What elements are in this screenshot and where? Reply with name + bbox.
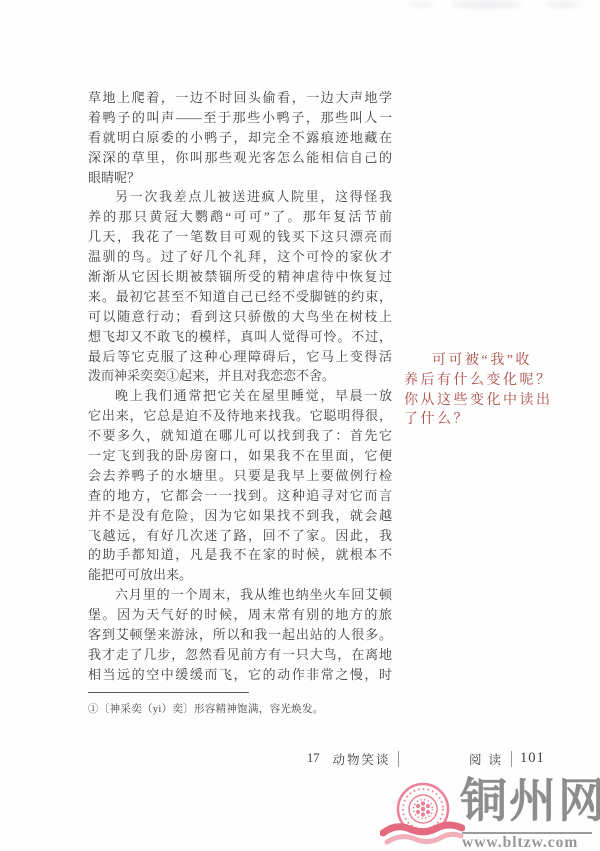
text-line: 不要多久，就知道在哪儿可以找到我了：首先它 — [88, 426, 392, 446]
text-line: 相当远的空中缓缓而飞，它的动作非常之慢，时 — [88, 665, 392, 685]
watermark-site-name: 铜州网 — [460, 775, 600, 829]
text-line: 最后等它克服了这种心理障碍后，它马上变得活 — [88, 347, 392, 367]
text-line: 深深的草里，你叫那些观光客怎么能相信自己的 — [88, 148, 392, 168]
margin-note: 可可被“我”收 养后有什么变化呢？ 你从这些变化中读出 了什么？ — [404, 351, 576, 430]
text-line: 堡。因为天气好的时候，周末常有别的地方的旅 — [88, 605, 392, 625]
lesson-title: 动物笑谈 — [333, 750, 391, 768]
text-line: 可以随意行动；看到这只骄傲的大鸟坐在树枝上 — [88, 307, 392, 327]
section-label: 阅读 — [469, 750, 508, 768]
text-line: 草地上爬着，一边不时回头偷看，一边大声地学 — [88, 88, 392, 108]
watermark-site-url: www.bltzw.com — [462, 834, 578, 851]
text-line: 泼而神采奕奕①起来，并且对我恋恋不舍。 — [88, 366, 392, 386]
text-line: 养的那只黄冠大鹦鹉“可可”了。那年复活节前 — [88, 207, 392, 227]
text-line: 想飞却又不敢飞的模样，真叫人觉得可怜。不过， — [88, 327, 392, 347]
scan-artifact — [408, 2, 434, 7]
text-line: 客到艾顿堡来游泳，所以和我一起出站的人很多。 — [88, 625, 392, 645]
text-line: 晚上我们通常把它关在屋里睡觉，早晨一放 — [88, 386, 392, 406]
footnote-divider — [88, 692, 249, 693]
page-number: 101 — [520, 750, 545, 767]
footer-lesson: 17 动物笑谈 — [307, 750, 399, 767]
text-line: 六月里的一个周末，我从维也纳坐火车回艾顿 — [88, 585, 392, 605]
margin-note-line: 了什么？ — [404, 410, 576, 430]
footer-divider-bar — [398, 751, 399, 767]
text-line: 并不是没有危险，因为它如果找不到我，就会越 — [88, 506, 392, 526]
text-line: 查的地方，它都会一一找到。这种追寻对它而言 — [88, 486, 392, 506]
text-line: 看就明白原委的小鸭子，却完全不露痕迹地藏在 — [88, 128, 392, 148]
text-line: 它出来，它总是迫不及待地来找我。它聪明得很， — [88, 406, 392, 426]
text-line: 会去养鸭子的水塘里。只要是我早上要做例行检 — [88, 466, 392, 486]
text-line: 能把可可放出来。 — [88, 565, 392, 585]
text-line: 眼睛呢？ — [88, 168, 392, 188]
lesson-number: 17 — [307, 751, 320, 766]
text-line: 飞越远，有好几次迷了路，回不了家。因此，我 — [88, 526, 392, 546]
text-line: 渐渐从它因长期被禁锢所受的精神虐待中恢复过 — [88, 267, 392, 287]
text-line: 几天，我花了一笔数目可观的钱买下这只漂亮而 — [88, 227, 392, 247]
scan-artifact — [545, 1, 579, 8]
text-line: 温驯的鸟。过了好几个礼拜，这个可怜的家伙才 — [88, 247, 392, 267]
text-line: 的助手都知道，凡是我不在家的时候，就根本不 — [88, 545, 392, 565]
text-line: 着鸭子的叫声——至于那些小鸭子，那些叫人一 — [88, 108, 392, 128]
footer-divider-bar — [511, 751, 512, 767]
margin-note-line: 养后有什么变化呢？ — [404, 371, 576, 391]
main-text-column: 草地上爬着，一边不时回头偷看，一边大声地学 着鸭子的叫声——至于那些小鸭子，那些… — [88, 88, 392, 685]
margin-note-line: 你从这些变化中读出 — [404, 391, 576, 411]
margin-note-line: 可可被“我”收 — [404, 351, 576, 371]
text-line: 另一次我差点儿被送进疯人院里，这得怪我 — [88, 187, 392, 207]
text-line: 来。最初它甚至不知道自己已经不受脚链的约束， — [88, 287, 392, 307]
textbook-page: { "article": { "lines": [ "草地上爬着，一边不时回头偷… — [0, 0, 600, 851]
watermark: 铜州网 www.bltzw.com — [380, 777, 600, 851]
text-line: 我才走了几步，忽然看见前方有一只大鸟，在离地 — [88, 645, 392, 665]
coin-seal-icon — [380, 777, 465, 851]
text-line: 一定飞到我的卧房窗口，如果我不在里面，它便 — [88, 446, 392, 466]
footnote: ①〔神采奕（yì）奕〕形容精神饱满，容光焕发。 — [88, 701, 418, 716]
scan-artifact — [452, 0, 522, 9]
footer-section: 阅读 101 — [469, 750, 545, 767]
